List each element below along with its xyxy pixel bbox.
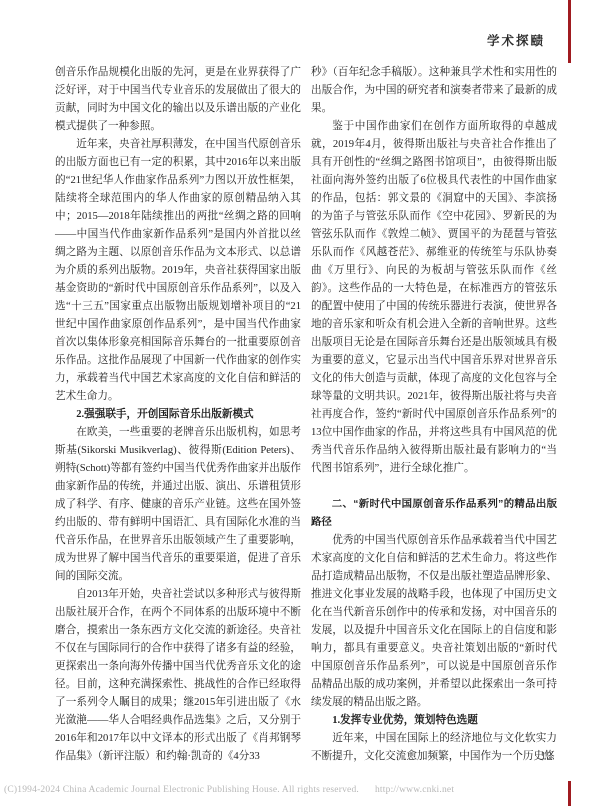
paragraph: 创音乐作品规模化出版的先河，更是在业界获得了广泛好评，对于中国当代专业音乐的发展… (55, 64, 301, 136)
article-body: 创音乐作品规模化出版的先河，更是在业界获得了广泛好评，对于中国当代专业音乐的发展… (55, 64, 557, 766)
paragraph: 自2013年开始，央音社尝试以多种形式与彼得斯出版社展开合作，在两个不同体系的出… (55, 586, 301, 766)
footer-copyright: (C)1994-2024 China Academic Journal Elec… (4, 785, 359, 795)
paragraph: 近年来，中国在国际上的经济地位与文化软实力不断提升，文化交流愈加频繁，中国作为一… (311, 730, 557, 766)
paragraph: 近年来，央音社厚积薄发，在中国当代原创音乐的出版方面也已有一定的积累，其中201… (55, 136, 301, 406)
paragraph: 鉴于中国作曲家们在创作方面所取得的卓越成就，2019年4月，彼得斯出版社与央音社… (311, 118, 557, 478)
section-heading: 二、“新时代中国原创音乐作品系列”的精品出版路径 (311, 496, 557, 532)
subheading: 1.发挥专业优势，策划特色选题 (311, 712, 557, 730)
accent-bar-bottom (568, 781, 571, 806)
subheading: 2.强强联手，开创国际音乐出版新模式 (55, 406, 301, 424)
paragraph: 优秀的中国当代原创音乐作品承载着当代中国艺术家高度的文化自信和鲜活的艺术生命力。… (311, 532, 557, 712)
paragraph: 在欧美，一些重要的老牌音乐出版机构，如思考斯基(Sikorski Musikve… (55, 424, 301, 586)
footer-cnki-link[interactable]: http://www.cnki.net (375, 785, 454, 795)
footer: (C)1994-2024 China Academic Journal Elec… (4, 785, 564, 795)
journal-page: 学术探赜 创音乐作品规模化出版的先河，更是在业界获得了广泛好评，对于中国当代专业… (0, 0, 607, 809)
header-section-label: 学术探赜 (487, 31, 545, 49)
left-column: 创音乐作品规模化出版的先河，更是在业界获得了广泛好评，对于中国当代专业音乐的发展… (55, 64, 301, 766)
right-column: 秒》（百年纪念手稿版）。这种兼具学术性和实用性的出版合作，为中国的研究者和演奏者… (311, 64, 557, 766)
accent-bar-top (568, 0, 571, 63)
page-number: 13 (541, 751, 553, 762)
paragraph: 秒》（百年纪念手稿版）。这种兼具学术性和实用性的出版合作，为中国的研究者和演奏者… (311, 64, 557, 118)
